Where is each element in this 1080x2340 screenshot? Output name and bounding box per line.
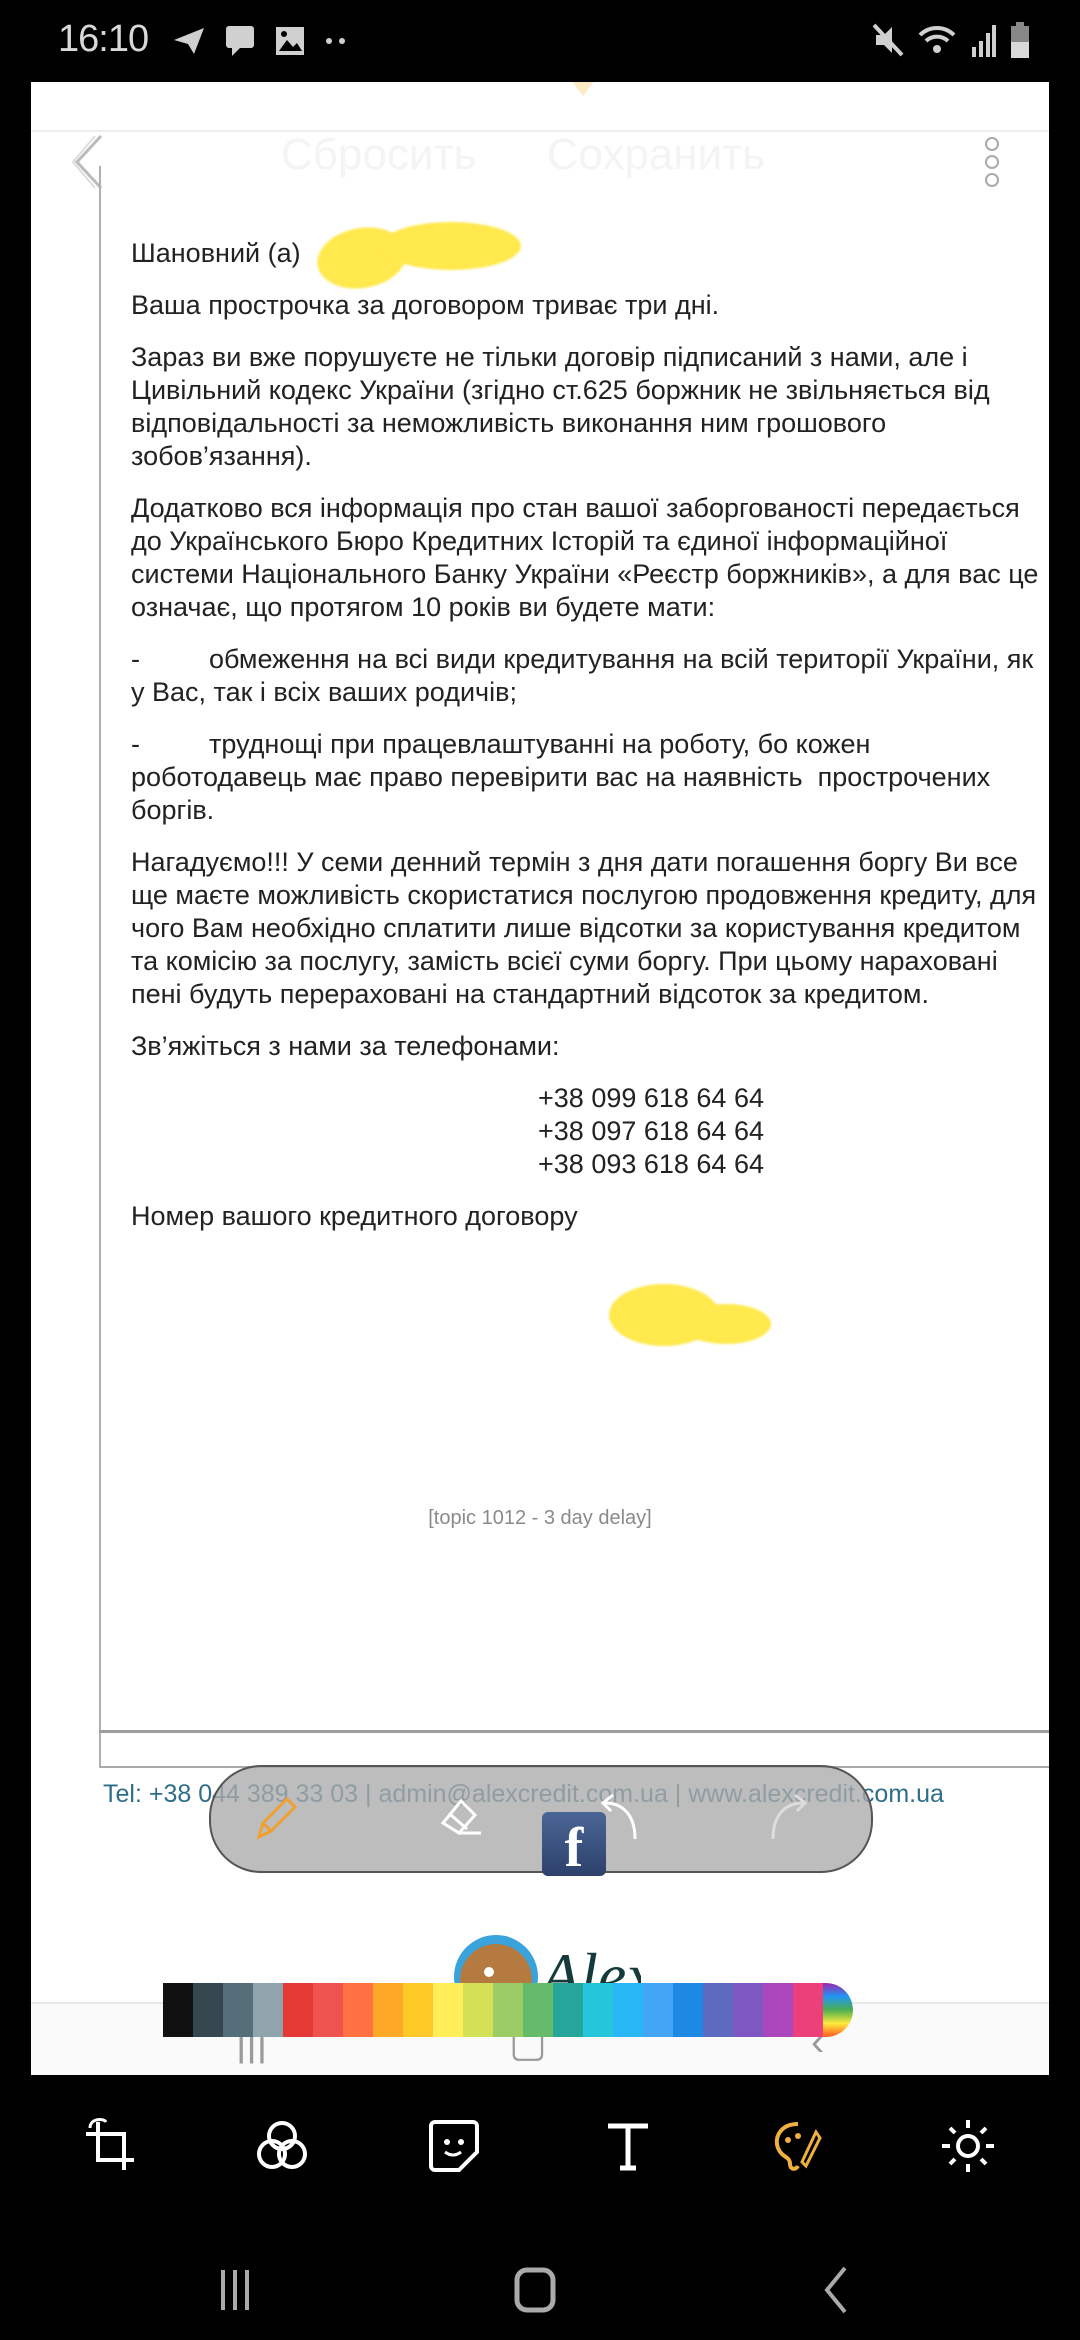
mute-icon	[872, 23, 904, 57]
color-swatch[interactable]	[283, 1983, 313, 2037]
color-swatch[interactable]	[673, 1983, 703, 2037]
color-swatch[interactable]	[703, 1983, 733, 2037]
color-swatch[interactable]	[553, 1983, 583, 2037]
color-swatch[interactable]	[193, 1983, 223, 2037]
color-swatch[interactable]	[433, 1983, 463, 2037]
editor-toolbar	[0, 2108, 1080, 2188]
color-palette	[163, 1983, 853, 2037]
home-icon[interactable]	[505, 2260, 565, 2320]
color-swatch[interactable]	[493, 1983, 523, 2037]
color-swatch[interactable]	[343, 1983, 373, 2037]
color-swatch[interactable]	[253, 1983, 283, 2037]
redaction-contract	[681, 1304, 771, 1344]
letter-paragraph-2: Зараз ви вже порушуєте не тільки договір…	[131, 341, 1049, 473]
phone-number: +38 099 618 64 64	[251, 1082, 1049, 1115]
phone-number: +38 093 618 64 64	[251, 1148, 1049, 1181]
telegram-icon	[172, 26, 206, 56]
message-icon	[224, 24, 256, 58]
footer-divider	[99, 1730, 1049, 1733]
wifi-icon	[918, 23, 956, 57]
color-swatch[interactable]	[613, 1983, 643, 2037]
color-swatch[interactable]	[763, 1983, 793, 2037]
redo-icon[interactable]	[761, 1789, 817, 1845]
status-bar: 16:10	[0, 0, 1080, 82]
phone-list: +38 099 618 64 64 +38 097 618 64 64 +38 …	[131, 1082, 1049, 1181]
color-swatch[interactable]	[403, 1983, 433, 2037]
letter-paragraph-1: Ваша прострочка за договором триває три …	[131, 289, 1049, 322]
sticker-icon[interactable]	[425, 2116, 485, 2176]
color-swatch[interactable]	[523, 1983, 553, 2037]
gallery-icon	[274, 25, 306, 57]
adjust-brightness-icon[interactable]	[938, 2116, 998, 2176]
signal-icon	[970, 23, 996, 57]
crop-rotate-icon[interactable]	[80, 2116, 140, 2176]
draw-icon[interactable]	[768, 2116, 828, 2176]
redaction-name	[381, 222, 521, 270]
letter-paragraph-3: Додатково вся інформація про стан вашої …	[131, 492, 1049, 624]
letter-bullet: -труднощі при працевлаштуванні на роботу…	[131, 728, 1049, 827]
contact-intro: Зв’яжіться з нами за телефонами:	[131, 1030, 1049, 1063]
phone-number: +38 097 618 64 64	[251, 1115, 1049, 1148]
color-swatch[interactable]	[163, 1983, 193, 2037]
recents-icon[interactable]	[205, 2260, 265, 2320]
letter-bullet: -обмеження на всі види кредитування на в…	[131, 643, 1049, 709]
ghost-app-topbar	[31, 82, 1049, 132]
status-time: 16:10	[58, 18, 148, 61]
letter-greeting: Шановний (а)	[131, 237, 1049, 270]
pen-icon[interactable]	[247, 1789, 303, 1845]
color-swatch[interactable]	[583, 1983, 613, 2037]
color-swatch[interactable]	[793, 1983, 823, 2037]
color-swatch[interactable]	[463, 1983, 493, 2037]
color-swatch[interactable]	[643, 1983, 673, 2037]
more-dots-icon	[324, 35, 348, 47]
filters-icon[interactable]	[252, 2116, 312, 2176]
facebook-icon: f	[542, 1812, 606, 1876]
color-swatch[interactable]	[373, 1983, 403, 2037]
letter-body: Шановний (а) Ваша прострочка за договоро…	[131, 237, 1049, 1252]
battery-icon	[1010, 22, 1030, 58]
topic-tag: [topic 1012 - 3 day delay]	[31, 1507, 1049, 1530]
letter-paragraph-4: Нагадуємо!!! У семи денний термін з дня …	[131, 846, 1049, 1011]
contract-number-label: Номер вашого кредитного договору	[131, 1200, 1049, 1233]
eraser-icon[interactable]	[433, 1789, 489, 1845]
color-swatch[interactable]	[313, 1983, 343, 2037]
system-nav-bar	[0, 2240, 1080, 2340]
draw-toolbar	[209, 1765, 873, 1873]
back-icon[interactable]	[805, 2260, 865, 2320]
color-swatch[interactable]	[733, 1983, 763, 2037]
color-swatch[interactable]	[223, 1983, 253, 2037]
text-icon[interactable]	[598, 2116, 658, 2176]
